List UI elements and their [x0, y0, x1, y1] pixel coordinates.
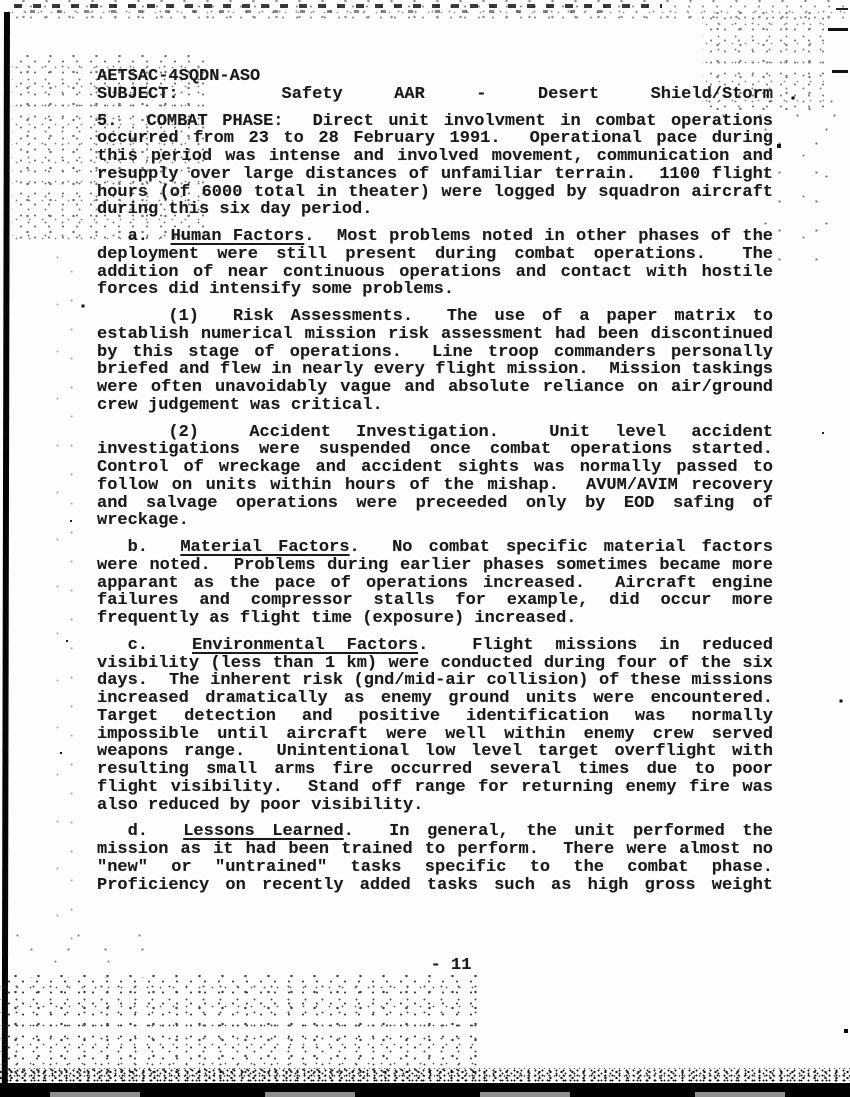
- document-line: (1) Risk Assessments. The use of a paper…: [97, 308, 773, 326]
- scan-edge-left-bar: [2, 12, 10, 1085]
- document-line: briefed and flew in nearly every flight …: [97, 361, 773, 379]
- document-line: addition of near continuous operations a…: [97, 264, 773, 282]
- scan-noise-top-dashes: [14, 4, 662, 8]
- document-line: by this stage of operations. Line troop …: [97, 344, 773, 362]
- document-line: hours (of 6000 total in theater) were lo…: [97, 184, 773, 202]
- document-line: increased dramatically as enemy ground u…: [97, 690, 773, 708]
- document-line: this period was intense and involved mov…: [97, 148, 773, 166]
- section-heading: Lessons Learned: [183, 822, 343, 841]
- scan-mark-right-1: [828, 28, 848, 31]
- document-line: (2) Accident Investigation. Unit level a…: [97, 424, 773, 442]
- scan-noise-top-dashes-2: [30, 10, 620, 13]
- document-line: were often unavoidably vague and absolut…: [97, 379, 773, 397]
- document-line: impossible until aircraft were well with…: [97, 726, 773, 744]
- document-line: frequently as flight time (exposure) inc…: [97, 610, 773, 628]
- scan-edge-bottom-gray-dashes: [0, 1092, 850, 1097]
- paragraph: (1) Risk Assessments. The use of a paper…: [97, 308, 773, 415]
- document-line: 5. COMBAT PHASE: Direct unit involvment …: [97, 113, 773, 131]
- document-line: resupply over large distances of unfamil…: [97, 166, 773, 184]
- document-line: Target detection and positive identifica…: [97, 708, 773, 726]
- document-line: crew judgement was critical.: [97, 397, 773, 415]
- document-line: investigations were suspended once comba…: [97, 441, 773, 459]
- scan-noise-top-band: [8, 0, 850, 19]
- document-line: also reduced by poor visibility.: [97, 797, 773, 815]
- document-line: b. Material Factors. No combat specific …: [97, 539, 773, 557]
- document-text-column: AETSAC-4SQDN-ASO SUBJECT: Safety AAR - D…: [97, 68, 773, 894]
- document-line: mission as it had been trained to perfor…: [97, 841, 773, 859]
- document-line: Control of wreckage and accident sights …: [97, 459, 773, 477]
- document-line: resulting small arms fire occurred sever…: [97, 761, 773, 779]
- page-number: - 11: [97, 956, 789, 975]
- document-body: 5. COMBAT PHASE: Direct unit involvment …: [97, 113, 773, 895]
- document-line: wreckage.: [97, 512, 773, 530]
- document-line: "new" or "untrained" tasks specific to t…: [97, 859, 773, 877]
- paragraph: (2) Accident Investigation. Unit level a…: [97, 424, 773, 531]
- document-line: a. Human Factors. Most problems noted in…: [97, 228, 773, 246]
- scan-mark-right-2: [832, 70, 848, 73]
- scan-noise-bottom-band: [0, 1068, 850, 1084]
- document-line: c. Environmental Factors. Flight mission…: [97, 637, 773, 655]
- document-line: apparant as the pace of operations incre…: [97, 575, 773, 593]
- document-line: forces did intensify some problems.: [97, 281, 773, 299]
- document-line: failures and compressor stalls for examp…: [97, 592, 773, 610]
- scan-noise-left-column: [48, 250, 94, 950]
- paragraph: c. Environmental Factors. Flight mission…: [97, 637, 773, 815]
- document-line: flight visibility. Stand off range for r…: [97, 779, 773, 797]
- paragraph: d. Lessons Learned. In general, the unit…: [97, 823, 773, 894]
- document-line: visibility (less than 1 km) were conduct…: [97, 655, 773, 673]
- document-line: establish numerical mission risk assessm…: [97, 326, 773, 344]
- section-heading: Human Factors: [171, 227, 305, 246]
- document-line: occurred from 23 to 28 February 1991. Op…: [97, 130, 773, 148]
- document-header: AETSAC-4SQDN-ASO SUBJECT: Safety AAR - D…: [97, 68, 773, 104]
- paragraph: 5. COMBAT PHASE: Direct unit involvment …: [97, 113, 773, 220]
- document-line: weapons range. Unintentional low level t…: [97, 743, 773, 761]
- document-line: were noted. Problems during earlier phas…: [97, 557, 773, 575]
- document-line: deployment were still present during com…: [97, 246, 773, 264]
- section-heading: Material Factors: [180, 538, 349, 557]
- document-line: days. The inherent risk (gnd/mid-air col…: [97, 672, 773, 690]
- scan-noise-bottom-left-field: [0, 975, 480, 1073]
- document-line: Proficiency on recently added tasks such…: [97, 877, 773, 895]
- document-line: and salvage operations were preceeded on…: [97, 495, 773, 513]
- paragraph: a. Human Factors. Most problems noted in…: [97, 228, 773, 299]
- scan-mark-right-3: [836, 8, 848, 10]
- paragraph: b. Material Factors. No combat specific …: [97, 539, 773, 628]
- office-symbol-line: AETSAC-4SQDN-ASO: [97, 68, 773, 86]
- subject-line: SUBJECT: Safety AAR - Desert Shield/Stor…: [97, 86, 773, 104]
- document-line: during this six day period.: [97, 201, 773, 219]
- scanned-document-page: AETSAC-4SQDN-ASO SUBJECT: Safety AAR - D…: [0, 0, 850, 1097]
- document-line: follow on units within hours of the mish…: [97, 477, 773, 495]
- section-heading: Environmental Factors: [192, 636, 418, 655]
- scan-stray-dots: [0, 0, 2, 2]
- document-line: d. Lessons Learned. In general, the unit…: [97, 823, 773, 841]
- scan-edge-bottom-bar: [0, 1083, 850, 1093]
